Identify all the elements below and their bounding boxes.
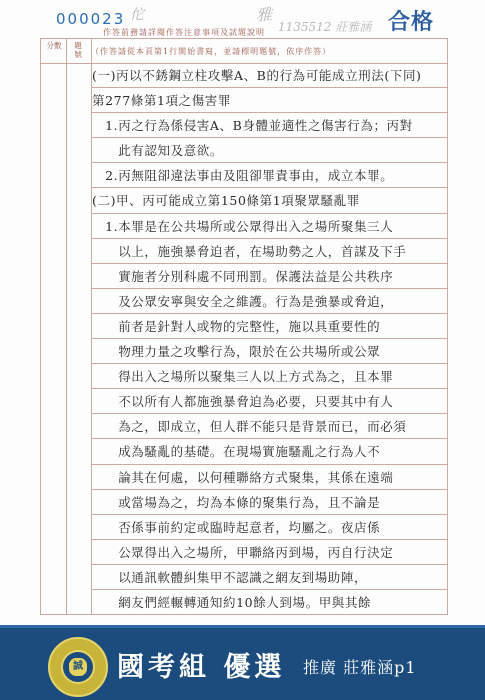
answer-sheet: 000023 佗 雅 1135512 莊雅涵 作答前務請詳閱作答注意事項及試題說… (0, 0, 485, 625)
answer-line: 以上，施強暴脅迫者，在場助勢之人，首謀及下手 (92, 239, 447, 264)
answer-line: 公眾得出入之場所，甲聯絡丙到場，丙自行決定 (92, 540, 447, 565)
answer-line: 或當場為之，均為本條的聚集行為，且不論是 (92, 490, 447, 515)
answer-line: 為之，即成立，但人群不能只是背景而已，而必須 (92, 414, 447, 439)
answer-line: 此有認知及意欲。 (92, 138, 447, 163)
answer-line: 論其在何處，以何種聯絡方式聚集，其係在遠端 (92, 465, 447, 490)
award-banner: 誠 國考組 優選 推廣 莊雅涵p1 (0, 625, 485, 700)
answer-line: 前者是針對人或物的完整性，施以具重要性的 (92, 314, 447, 339)
exam-notice: 作答前務請詳閱作答注意事項及試題說明 (103, 27, 265, 38)
answer-line: 以通訊軟體糾集甲不認識之網友到場助陣， (92, 565, 447, 590)
answer-line: 實施者分別科處不同刑罰。保護法益是公共秩序 (92, 264, 447, 289)
table-header: 分數 題號 （作答請從本頁第1行開始書寫，並請標明題號，依序作答） (41, 39, 447, 64)
pass-stamp: 合格 (388, 5, 434, 36)
answer-line: 物理力量之攻擊行為，限於在公共場所或公眾 (92, 339, 447, 364)
emblem-center: 誠 (61, 650, 95, 684)
answer-line: 否係事前約定或臨時起意者，均屬之。夜店係 (92, 515, 447, 540)
answer-line: 2.丙無阻卻違法事由及阻卻罪責事由，成立本罪。 (92, 163, 447, 188)
handwritten-mark: 雅 (256, 2, 272, 25)
answer-line: 得出入之場所以聚集三人以上方式為之，且本罪 (92, 364, 447, 389)
banner-subtitle: 推廣 莊雅涵p1 (303, 655, 417, 678)
answer-line: 成為騷亂的基礎。在現場實施騷亂之行為人不 (92, 439, 447, 464)
answer-line: 及公眾安寧與安全之維護。行為是強暴或脅迫， (92, 289, 447, 314)
handwritten-candidate-id: 1135512 莊雅涵 (278, 18, 371, 35)
emblem-character: 誠 (69, 658, 87, 676)
handwritten-mark: 佗 (130, 4, 144, 24)
answer-rows: (一)丙以不銹鋼立柱攻擊A、B的行為可能成立刑法(下同) 第277條第1項之傷害… (92, 63, 447, 615)
answer-line: (二)甲、丙可能成立第150條第1項聚眾騷亂罪 (92, 188, 447, 213)
answer-line: (一)丙以不銹鋼立柱攻擊A、B的行為可能成立刑法(下同) (92, 63, 447, 88)
header-question-number: 題號 (71, 41, 85, 59)
answer-line: 第277條第1項之傷害罪 (92, 88, 447, 113)
header-score: 分數 (45, 41, 63, 50)
header-instruction: （作答請從本頁第1行開始書寫，並請標明題號，依序作答） (91, 46, 331, 57)
column-divider (66, 39, 67, 614)
answer-line: 網友們經輾轉通知約10餘人到場。甲與其餘 (92, 590, 447, 615)
banner-title: 國考組 優選 (117, 645, 285, 684)
answer-table: 分數 題號 （作答請從本頁第1行開始書寫，並請標明題號，依序作答） (一)丙以不… (40, 38, 448, 615)
answer-line: 1.本罪是在公共場所或公眾得出入之場所聚集三人 (92, 214, 447, 239)
banner-top-stripe (0, 625, 485, 628)
answer-line: 不以所有人都施強暴脅迫為必要，只要其中有人 (92, 389, 447, 414)
university-emblem-icon: 誠 (48, 637, 108, 697)
serial-number: 000023 (56, 10, 125, 28)
answer-line: 1.丙之行為係侵害A、B身體並適性之傷害行為；丙對 (92, 113, 447, 138)
